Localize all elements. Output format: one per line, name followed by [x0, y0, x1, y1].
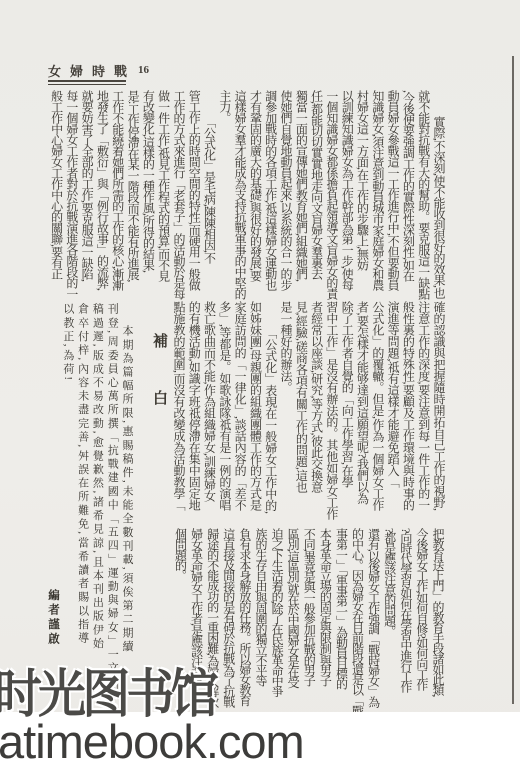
text-column: 稿過遲,版成不易改動,愈覺歉然,諸希見諒,且本刊出版伊始 — [90, 303, 105, 701]
text-column: 工作不能繞着她們所需的工作的核心,漸漸 — [109, 90, 124, 296]
text-column: 還有,以後婦女工作強調「戰時婦女」為 — [366, 528, 382, 702]
text-column: 以教正,為荷! — [60, 303, 75, 701]
text-column: 這直接及間接的是有碍於抗戰,為了抗戰 — [221, 528, 237, 702]
page-number: 16 — [138, 64, 149, 76]
text-column: 者經常以座談,研究,等方式,彼此交換意 — [308, 301, 323, 525]
text-column: 主力。 — [217, 90, 232, 296]
text-column: 多」,等都是。如歌詠隊祗有是一例的演唱 — [217, 301, 232, 525]
text-column: 工作的方式來進行「老套子」的活動於是每 — [171, 90, 186, 296]
magazine-page: 女婦時戰 16 實際,不深刻,使不能收到很好的效果,也就不能對抗戰有大的幫助。要… — [0, 0, 520, 768]
text-column: 把教育送上門」的教育手段諸如此類, — [430, 528, 446, 702]
text-column: 以訓練知識婦女為工作幹部為第一步,使每 — [339, 90, 354, 296]
text-column: 實際,不深刻,使不能收到很好的效果,也 — [431, 90, 446, 296]
text-column: 演進等問題,祗有這樣才能避免蹈入「 — [385, 301, 400, 525]
article-band-middle: 確的認識與把握隨時開拓自己工作的視野,注意工作的深度,要注意到每一件工作的一般性… — [170, 301, 446, 525]
text-column: ?都是應該注意的問題。 — [382, 528, 398, 702]
text-column: 獨當一面的宣傳她們教育她們,組織她們, — [293, 90, 308, 296]
text-column: 知識婦女,須注意到動員城市家庭婦女和農 — [370, 90, 385, 296]
text-column: 今後婦女工作,如何自修?如何向工作 — [414, 528, 430, 702]
text-column: 是:工作停滯在某一階段而不能有所進展, — [125, 90, 140, 296]
text-column: 公式化」的覆轍。但是,作為一個婦女工作 — [370, 301, 385, 525]
text-column: 就不能對抗戰有大的幫助。要克服這一缺點 — [415, 90, 430, 296]
text-column: 動員婦女參戰這一工作進行中,不但要動員 — [385, 90, 400, 296]
article-band-top: 實際,不深刻,使不能收到很好的效果,也就不能對抗戰有大的幫助。要克服這一缺點,今… — [46, 90, 446, 296]
filler-notice-title: 補白 — [146, 303, 172, 701]
text-column: 般性裏的特殊性,要顧及工作環境與時事的 — [400, 301, 415, 525]
text-column: 點施教的範圍,而沒有改變成為活動教學「 — [171, 301, 186, 525]
text-column: 本身革命立場的固定與限制,與男子 — [317, 528, 333, 702]
text-column: 做一件工作,祗見工作程式的預算,而不見 — [155, 90, 170, 296]
text-column: 除了工作者自覺的「向工作學習,在學 — [339, 301, 354, 525]
library-watermark-url: atimebook.com — [0, 714, 304, 768]
text-column: 負有求本身解放的任務。所以婦女教育 — [237, 528, 253, 702]
text-column: 地發生了「敷衍」與「例行故事」的流弊, — [94, 90, 109, 296]
text-column: 這樣婦女羣才能成為支持抗戰軍事的中堅的 — [232, 90, 247, 296]
text-column: 本期為篇幅所限,惠賜稿件,未能全數刊載,須俟第二期續 — [119, 303, 134, 701]
text-column: 如姊妹團,母親團的組織團體工作的方式是 — [247, 301, 262, 525]
text-column: 家庭訪問的「一律化」,談話內容的「差不 — [232, 301, 247, 525]
text-column: 不同,畢竟是與一般參加抗戰的男子 — [301, 528, 317, 702]
text-column: 村婦女這一方面,在工作的步驟上,無妨 — [354, 90, 369, 296]
text-column: 每一個婦女工作者對於抗戰演進各階段的一 — [64, 90, 79, 296]
text-column: 族的生存自由,與周圍的獨立不平等 — [253, 528, 269, 702]
text-column: 「公式化」表現在一般婦女工作中的, — [262, 301, 277, 525]
text-column: 習中工作」是沒有辦法的。其他如婦女工作 — [324, 301, 339, 525]
header-double-rule — [48, 80, 126, 85]
text-column: 者,要怎樣才能够達到這願望呢?我們以為 — [354, 301, 369, 525]
text-column: 一個知識婦女都係擔負起領導文盲婦女的責 — [324, 90, 339, 296]
text-column: 的中心。因為婦女在目前階段還是以「戰 — [349, 528, 365, 702]
editor-signature: 編者謹啟 — [45, 303, 60, 701]
text-column: 任,都能切切實實地走向文盲婦女羣裏去 — [308, 90, 323, 296]
text-column: 確的認識與把握隨時開拓自己工作的視野, — [431, 301, 446, 525]
text-column: 有改變化,這樣的一種作風,所得的結果, — [140, 90, 155, 296]
text-column: 刊登,周委員心萬所撰「抗戰建國中「五四」運動與婦女」一文,因 — [104, 303, 119, 701]
text-column: 使她們自覺地動員起來,以系統的合一的步 — [278, 90, 293, 296]
text-column: 是一種好的辦法。 — [278, 301, 293, 525]
filler-notice-section: 補白 本期為篇幅所限,惠賜稿件,未能全數刊載,須俟第二期續刊登,周委員心萬所撰「… — [44, 303, 172, 701]
text-column: 注意工作的深度,要注意到每一件工作的一 — [415, 301, 430, 525]
text-column: 迫之下生活着的,除了在民族革命中爭 — [269, 528, 285, 702]
text-column: 就要妨害了全部的工作,要克服這一缺陷, — [79, 90, 94, 296]
text-column: 見,經驗,磋商各項有關工作的問題,這也 — [293, 301, 308, 525]
text-column: 管工作上的時間空間的特性,而硬用一般做 — [186, 90, 201, 296]
journal-title: 女婦時戰 — [48, 61, 136, 80]
text-column: 區別,這區別,就在於中國婦女是在受 — [285, 528, 301, 702]
page-border-rule — [512, 56, 514, 704]
text-column: 倉卒付梓,內容未盡完善,舛誤在所難免,當希讀者賜以指導 — [75, 303, 90, 701]
text-column: 救亡歌曲而不能,作為組織婦女,訓練婦女 — [201, 301, 216, 525]
page-header: 女婦時戰 16 — [48, 60, 149, 80]
text-column: 的有機活動,如識字班祗停滯在集中固定地 — [186, 301, 201, 525]
text-column: ?向時代學習?如何在學習中進行工作 — [398, 528, 414, 702]
text-column: 才有鞏固的廣大的基礎,與很好的發展,要 — [247, 90, 262, 296]
text-column: 事第一」「軍事第一」為動員目標的 — [333, 528, 349, 702]
text-column: 「公式化」是毛病,陳陳相因,不 — [201, 90, 216, 296]
text-column: 般工作中心婦女工作中心的關聯,要有正 — [48, 90, 63, 296]
text-column: ,今後便要強調工作的實際性深刻性,如在 — [400, 90, 415, 296]
text-column: 調參加戰時的各項工作,祗這樣婦女運動也 — [262, 90, 277, 296]
